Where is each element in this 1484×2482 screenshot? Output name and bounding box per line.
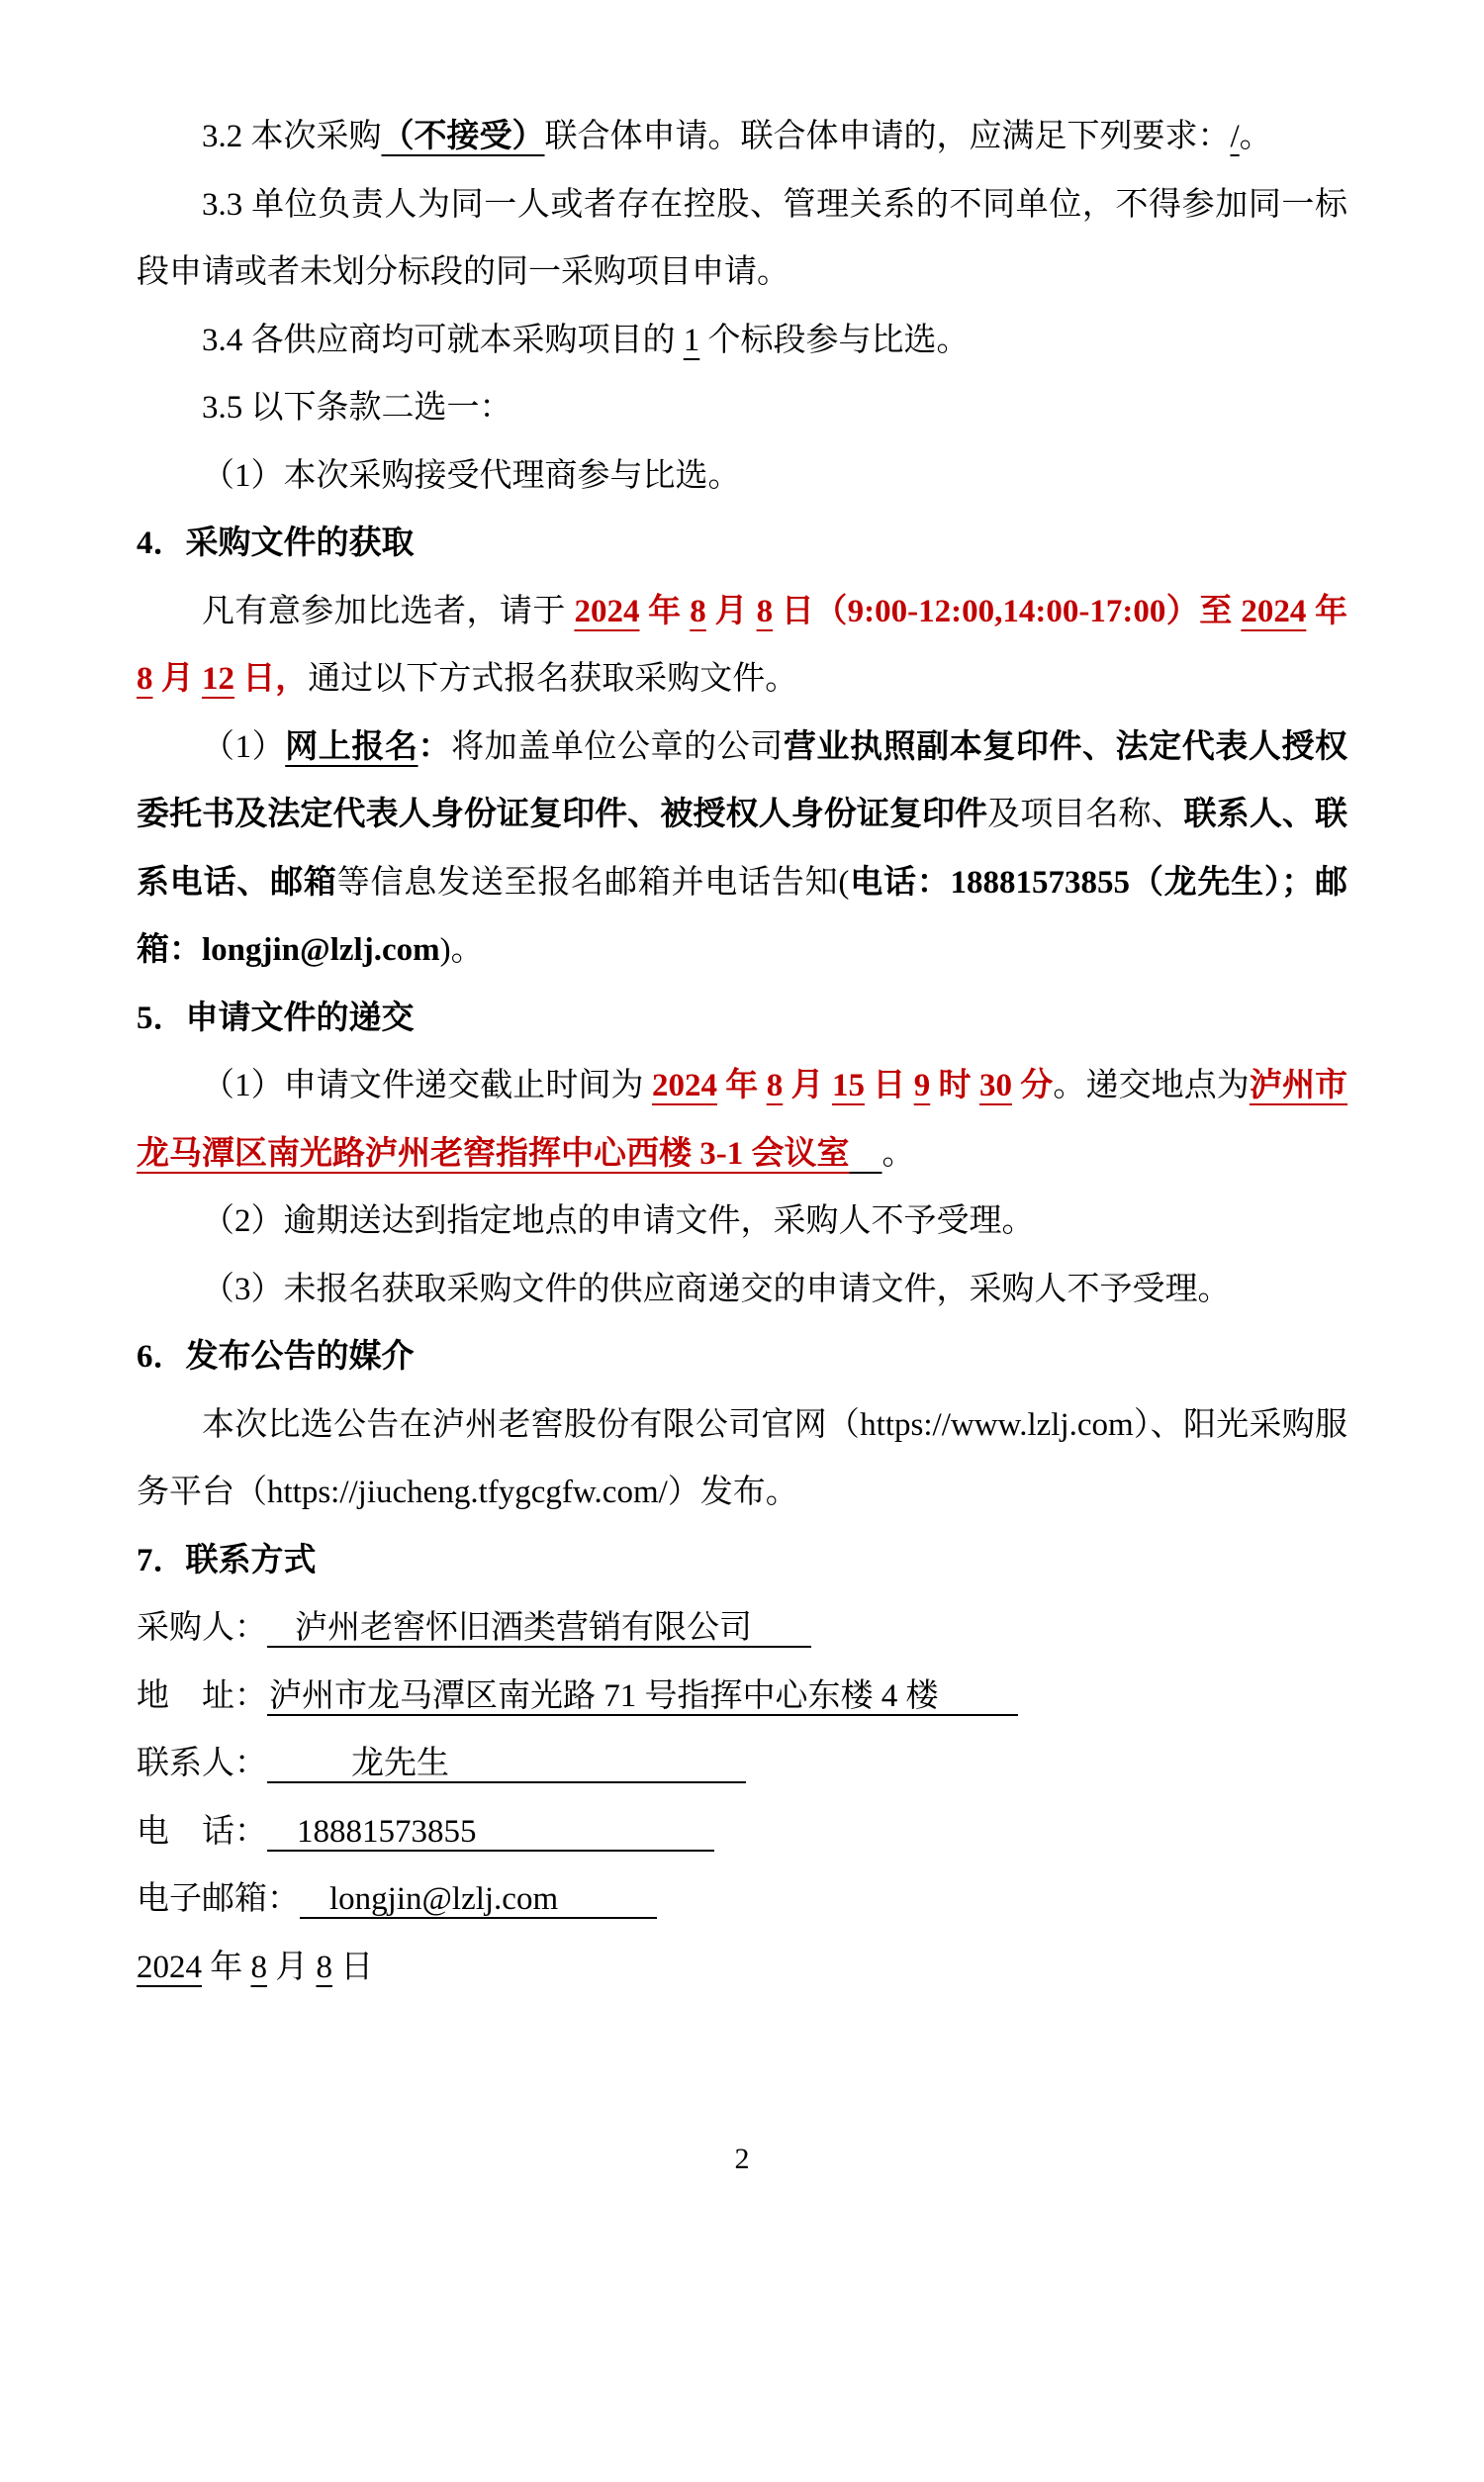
contact-email-value: longjin@lzlj.com [300,1881,657,1919]
text-run: 5．申请文件的递交 [137,1001,415,1036]
text-run: 将加盖单位公章的公司 [451,729,784,765]
text-run: （1） [202,729,285,765]
text-run: 日 [865,1068,914,1103]
text-run: 本次比选公告在泸州老窖股份有限公司官网（https://www.lzlj.com… [137,1407,1347,1511]
text-run: 个标段参与比选。 [699,323,969,358]
text-run: 3.3 单位负责人为同一人或者存在控股、管理关系的不同单位，不得参加同一标段申请… [137,187,1347,291]
text-run: 年 [202,1950,251,1985]
text-run: 8 [251,1950,268,1985]
text-run: 月 [783,1068,832,1103]
contact-phone-value: 18881573855 [267,1814,714,1852]
text-run: 月 [153,661,203,697]
text-run: 15 [832,1068,865,1103]
contact-person-value: 龙先生 [267,1746,746,1783]
text-run: 3.2 本次采购 [202,119,382,154]
para-obtain-documents: 凡有意参加比选者，请于 2024 年 8 月 8 日（9:00-12:00,14… [137,578,1347,714]
para-submission-deadline: （1）申请文件递交截止时间为 2024 年 8 月 15 日 9 时 30 分。… [137,1052,1347,1188]
text-run: （2）逾期送达到指定地点的申请文件，采购人不予受理。 [202,1203,1035,1239]
section-6-heading: 6．发布公告的媒介 [137,1323,1347,1391]
text-run: 8 [757,594,774,629]
text-run: 。 [1240,119,1272,154]
text-run: 及项目名称、 [987,797,1184,832]
section-5-heading: 5．申请文件的递交 [137,985,1347,1053]
text-run: 4．采购文件的获取 [137,525,415,561]
text-run: 12 [202,661,234,697]
text-run: 联合体申请。联合体申请的，应满足下列要求： [545,119,1231,154]
text-run: 分 [1012,1068,1053,1103]
text-run: ： [418,729,452,765]
text-run: 日（9:00-12:00,14:00-17:00）至 [773,594,1241,629]
clause-3-5: 3.5 以下条款二选一： [137,374,1347,442]
clause-3-5-option-1: （1）本次采购接受代理商参与比选。 [137,442,1347,511]
date-line: 2024 年 8 月 8 日 [137,1934,1347,2002]
contact-email: 电子邮箱：longjin@lzlj.com [137,1865,1347,1934]
text-run: 2024 [652,1068,717,1103]
text-run: 。 [882,1136,915,1172]
text-run: （1）本次采购接受代理商参与比选。 [202,458,741,494]
section-4-heading: 4．采购文件的获取 [137,510,1347,578]
text-run: 2024 [137,1950,202,1985]
text-run: 9 [914,1068,931,1103]
para-online-registration: （1）网上报名：将加盖单位公章的公司营业执照副本复印件、法定代表人授权委托书及法… [137,714,1347,985]
text-run: 30 [979,1068,1012,1103]
text-run: 年 [1306,594,1347,629]
text-run: 。递交地点为 [1053,1068,1250,1103]
section-7-heading: 7．联系方式 [137,1527,1347,1595]
contact-phone: 电 话：18881573855 [137,1798,1347,1866]
text-run: 6．发布公告的媒介 [137,1339,415,1375]
contact-person-label: 联系人： [137,1746,267,1781]
clause-3-4: 3.4 各供应商均可就本采购项目的 1 个标段参与比选。 [137,307,1347,375]
contact-address: 地 址：泸州市龙马潭区南光路 71 号指挥中心东楼 4 楼 [137,1663,1347,1731]
text-run: 等信息发送至报名邮箱并电话告知( [337,865,850,901]
contact-email-label: 电子邮箱： [137,1881,300,1917]
contact-phone-label: 电 话： [137,1814,267,1850]
text-run: 7．联系方式 [137,1543,317,1578]
clause-3-2: 3.2 本次采购（不接受）联合体申请。联合体申请的，应满足下列要求：/。 [137,103,1347,171]
text-run: 日， [234,661,308,697]
para-unregistered: （3）未报名获取采购文件的供应商递交的申请文件，采购人不予受理。 [137,1256,1347,1324]
footer-page-number: 2 [0,2140,1484,2179]
text-run: 月 [706,594,757,629]
clause-3-3: 3.3 单位负责人为同一人或者存在控股、管理关系的不同单位，不得参加同一标段申请… [137,171,1347,307]
text-run: 凡有意参加比选者，请于 [202,594,574,629]
text-run: （1）申请文件递交截止时间为 [202,1068,652,1103]
document-body: 3.2 本次采购（不接受）联合体申请。联合体申请的，应满足下列要求：/。3.3 … [137,103,1347,2001]
text-run: 2024 [1241,594,1306,629]
contact-purchaser-value: 泸州老窖怀旧酒类营销有限公司 [267,1610,811,1648]
text-run: 网上报名 [285,729,417,765]
text-run: 年 [639,594,690,629]
contact-address-label: 地 址： [137,1678,267,1714]
contact-purchaser-label: 采购人： [137,1610,267,1646]
text-run: 年 [717,1068,767,1103]
text-run [850,1136,882,1172]
para-overdue: （2）逾期送达到指定地点的申请文件，采购人不予受理。 [137,1188,1347,1256]
text-run: 2024 [574,594,639,629]
text-run: （不接受） [382,119,545,154]
text-run: 3.5 以下条款二选一： [202,390,512,426]
document-page: 3.2 本次采购（不接受）联合体申请。联合体申请的，应满足下列要求：/。3.3 … [0,0,1484,2482]
text-run: 8 [137,661,153,697]
text-run: 时 [930,1068,979,1103]
para-announcement-media: 本次比选公告在泸州老窖股份有限公司官网（https://www.lzlj.com… [137,1391,1347,1527]
text-run: 8 [690,594,706,629]
text-run: 8 [767,1068,784,1103]
text-run: / [1231,119,1240,154]
text-run: 1 [684,323,700,358]
text-run: 3.4 各供应商均可就本采购项目的 [202,323,684,358]
text-run: 通过以下方式报名获取采购文件。 [308,661,797,697]
contact-purchaser: 采购人：泸州老窖怀旧酒类营销有限公司 [137,1594,1347,1663]
text-run: 月 [267,1950,317,1985]
contact-person: 联系人：龙先生 [137,1730,1347,1798]
text-run: （3）未报名获取采购文件的供应商递交的申请文件，采购人不予受理。 [202,1272,1231,1307]
text-run: 日 [332,1950,373,1985]
contact-address-value: 泸州市龙马潭区南光路 71 号指挥中心东楼 4 楼 [267,1678,1018,1716]
text-run: )。 [440,932,484,968]
text-run: 8 [317,1950,333,1985]
